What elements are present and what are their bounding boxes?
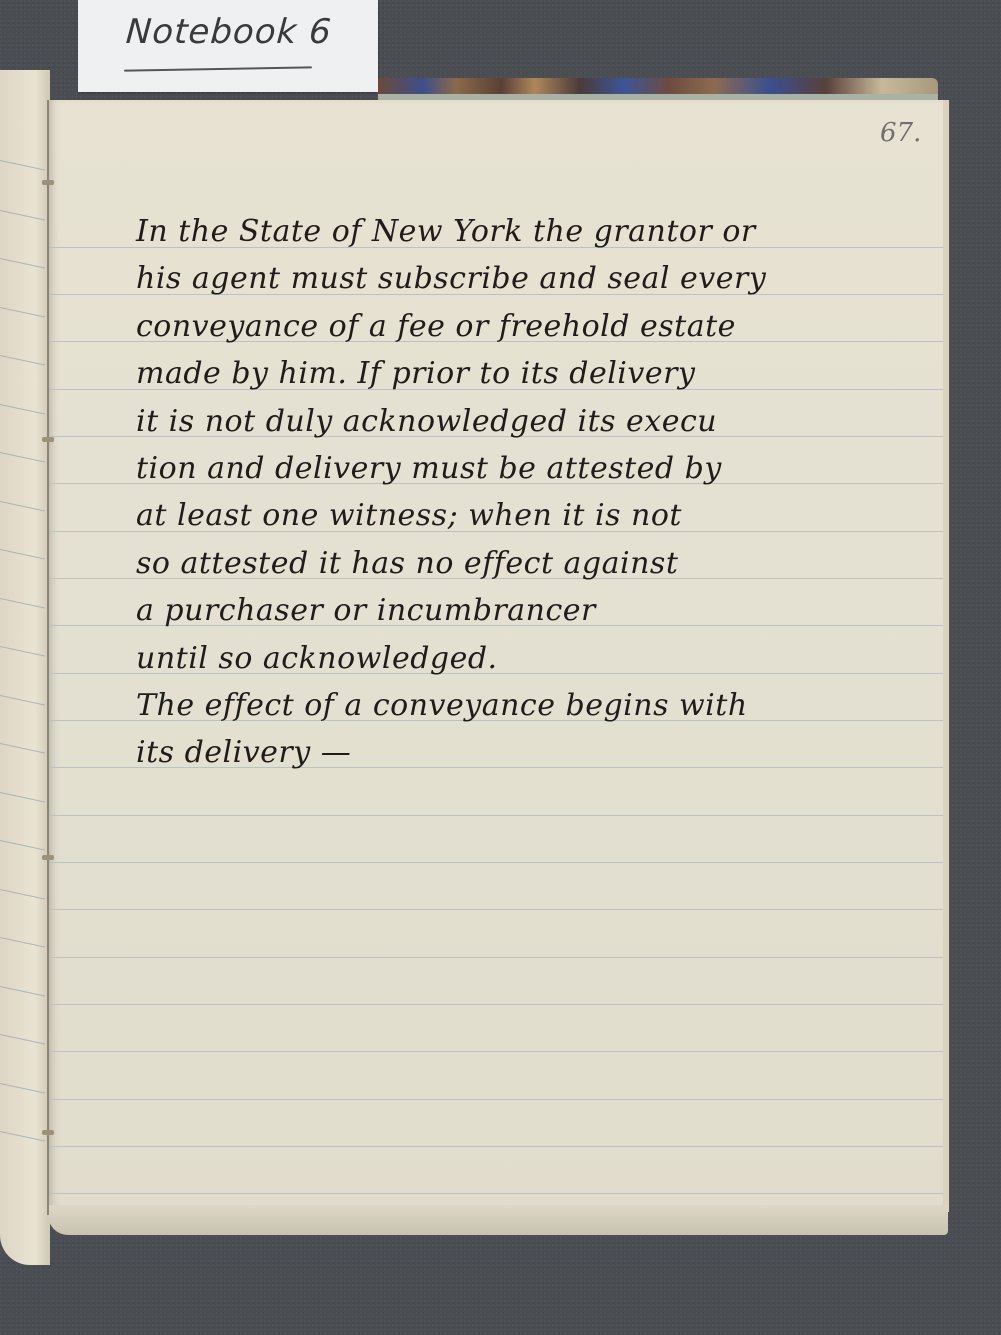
ruled-line: [48, 1099, 943, 1100]
page-bottom-edge: [48, 1205, 948, 1235]
ruled-line: [48, 862, 943, 863]
handwritten-text: In the State of New York the grantor or …: [136, 208, 936, 777]
binding-gutter: [47, 100, 49, 1215]
left-page-rule: [0, 598, 45, 609]
left-page-rule: [0, 889, 45, 900]
ruled-line: [48, 1004, 943, 1005]
binding-stitch: [42, 437, 54, 442]
text-line: until so acknowledged.: [136, 635, 936, 682]
left-page-rule: [0, 258, 45, 269]
ruled-line: [48, 815, 943, 816]
left-facing-page: [0, 70, 50, 1265]
left-page-rule: [0, 1034, 45, 1045]
left-page-rule: [0, 160, 45, 171]
text-line: conveyance of a fee or freehold estate: [136, 303, 936, 350]
ruled-line: [48, 909, 943, 910]
left-page-rule: [0, 1083, 45, 1094]
text-line: made by him. If prior to its delivery: [136, 350, 936, 397]
text-line: at least one witness; when it is not: [136, 492, 936, 539]
left-page-rule: [0, 743, 45, 754]
notebook-label-card: Notebook 6: [78, 0, 378, 92]
text-line: The effect of a conveyance begins with: [136, 682, 936, 729]
ruled-line: [48, 957, 943, 958]
ruled-line: [48, 1146, 943, 1147]
text-line: a purchaser or incumbrancer: [136, 587, 936, 634]
left-page-rule: [0, 1131, 45, 1142]
left-page-rule: [0, 404, 45, 415]
binding-stitch: [42, 855, 54, 860]
left-page-rule: [0, 695, 45, 706]
left-page-rule: [0, 840, 45, 851]
text-line: its delivery —: [136, 729, 936, 776]
left-page-rule: [0, 986, 45, 997]
left-page-rule: [0, 210, 45, 221]
page-number: 67.: [880, 118, 921, 148]
text-line: so attested it has no effect against: [136, 540, 936, 587]
ruled-line: [48, 1051, 943, 1052]
text-line: his agent must subscribe and seal every: [136, 255, 936, 302]
left-page-rule: [0, 307, 45, 318]
ruled-line: [48, 1193, 943, 1194]
left-page-rule: [0, 355, 45, 366]
left-page-rule: [0, 937, 45, 948]
left-page-rule: [0, 792, 45, 803]
left-page-rule: [0, 452, 45, 463]
left-page-rule: [0, 646, 45, 657]
notebook-label-text: Notebook 6: [125, 12, 334, 52]
text-line: tion and delivery must be attested by: [136, 445, 936, 492]
text-line: In the State of New York the grantor or: [136, 208, 936, 255]
binding-stitch: [42, 1130, 54, 1135]
left-page-rule: [0, 549, 45, 560]
label-underline: [124, 66, 312, 71]
binding-stitch: [42, 180, 54, 185]
text-line: it is not duly acknowledged its execu: [136, 398, 936, 445]
left-page-rule: [0, 501, 45, 512]
notebook-page: 67. In the State of New York the grantor…: [48, 100, 949, 1212]
